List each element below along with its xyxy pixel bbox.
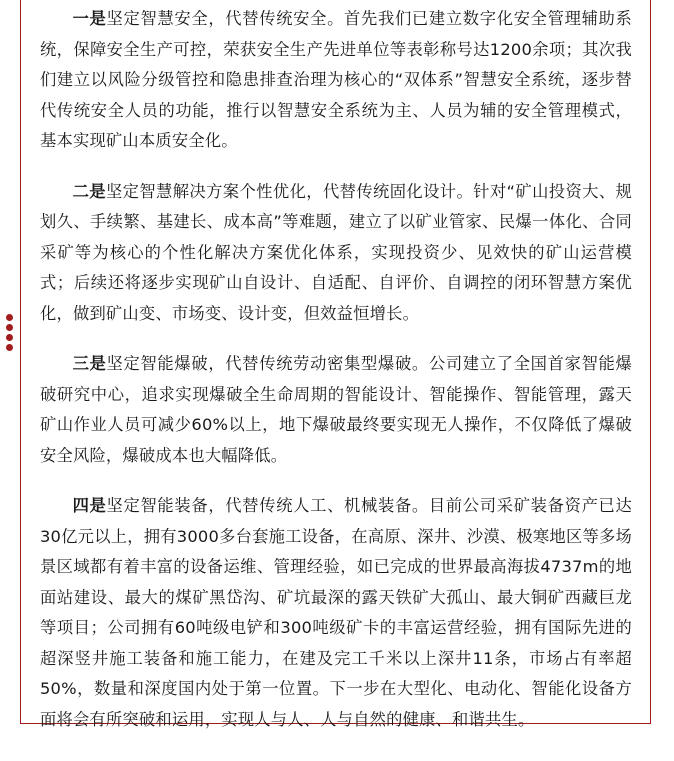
paragraph-lead: 四是 bbox=[73, 496, 107, 515]
paragraph-lead: 一是 bbox=[73, 9, 107, 28]
paragraph-4: 四是坚定智能装备，代替传统人工、机械装备。目前公司采矿装备资产已达30亿元以上，… bbox=[40, 491, 632, 735]
dot-icon bbox=[6, 314, 13, 321]
paragraph-2: 二是坚定智慧解决方案个性优化，代替传统固化设计。针对“矿山投资大、规划久、手续繁… bbox=[40, 177, 632, 330]
paragraph-3: 三是坚定智能爆破，代替传统劳动密集型爆破。公司建立了全国首家智能爆破研究中心，追… bbox=[40, 349, 632, 471]
dot-icon bbox=[6, 344, 13, 351]
dot-icon bbox=[6, 324, 13, 331]
article-body: 一是坚定智慧安全，代替传统安全。首先我们已建立数字化安全管理辅助系统，保障安全生… bbox=[40, 4, 632, 755]
paragraph-text: 坚定智能装备，代替传统人工、机械装备。目前公司采矿装备资产已达30亿元以上，拥有… bbox=[40, 496, 632, 729]
paragraph-lead: 三是 bbox=[73, 354, 107, 373]
paragraph-1: 一是坚定智慧安全，代替传统安全。首先我们已建立数字化安全管理辅助系统，保障安全生… bbox=[40, 4, 632, 157]
paragraph-lead: 二是 bbox=[73, 182, 106, 201]
dot-icon bbox=[6, 334, 13, 341]
paragraph-text: 坚定智慧安全，代替传统安全。首先我们已建立数字化安全管理辅助系统，保障安全生产可… bbox=[40, 9, 632, 150]
paragraph-text: 坚定智能爆破，代替传统劳动密集型爆破。公司建立了全国首家智能爆破研究中心，追求实… bbox=[40, 354, 632, 465]
decorative-dots bbox=[6, 314, 14, 354]
paragraph-text: 坚定智慧解决方案个性优化，代替传统固化设计。针对“矿山投资大、规划久、手续繁、基… bbox=[40, 182, 632, 323]
